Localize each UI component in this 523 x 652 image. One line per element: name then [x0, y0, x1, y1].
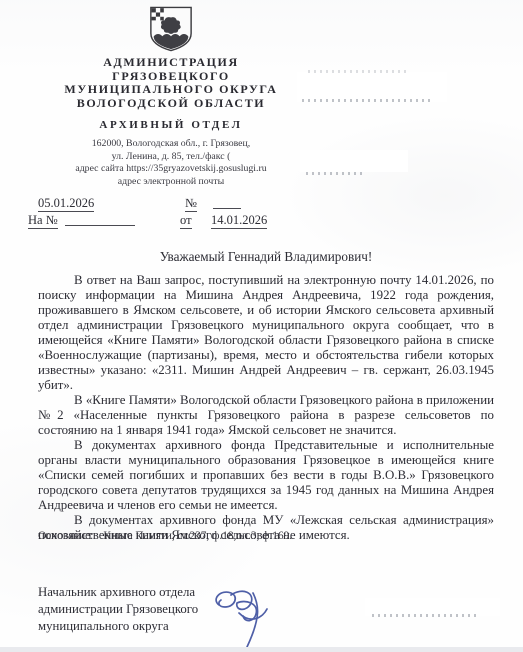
- signer-title-line: Начальник архивного отдела: [38, 584, 228, 601]
- coat-of-arms-icon: [149, 6, 193, 52]
- street-phone-line: ул. Ленина, д. 85, тел./факс (: [28, 151, 314, 164]
- basis-label: Основание:: [38, 530, 93, 542]
- brushwood-base: [154, 34, 189, 49]
- salutation: Уважаемый Геннадий Владимирович!: [38, 249, 494, 265]
- org-name-line: ГРЯЗОВЕЦКОГО: [28, 70, 314, 84]
- from-label: от: [180, 213, 192, 229]
- number-blank: [213, 196, 241, 209]
- checkered-canton: [152, 8, 164, 20]
- email-line: адрес электронной почты: [28, 176, 314, 189]
- org-name-line: МУНИЦИПАЛЬНОГО ОКРУГА: [28, 83, 314, 97]
- website-line: адрес сайта https://35gryazovetskij.gosu…: [28, 163, 314, 176]
- redacted-addressee-2: [300, 150, 408, 172]
- org-name-line: ВОЛОГОДСКОЙ ОБЛАСТИ: [28, 97, 314, 111]
- scanned-letter-page: АДМИНИСТРАЦИЯ ГРЯЗОВЕЦКОГО МУНИЦИПАЛЬНОГ…: [0, 0, 523, 652]
- handwritten-signature: [205, 583, 289, 651]
- signer-title: Начальник архивного отдела администрации…: [38, 584, 228, 634]
- reference-row-2: На № от 14.01.2026: [28, 213, 308, 230]
- basis-line: Основание:Книга Памяти, ст.237, ф.18,оп.…: [38, 530, 292, 542]
- signer-title-line: администрации Грязовецкого: [38, 601, 228, 618]
- redaction-remnant: [372, 614, 478, 617]
- contact-block: 162000, Вологодская обл., г. Грязовец, у…: [28, 138, 314, 188]
- letterhead: АДМИНИСТРАЦИЯ ГРЯЗОВЕЦКОГО МУНИЦИПАЛЬНОГ…: [28, 6, 314, 188]
- in-reply-to-blank: [65, 213, 135, 226]
- paragraph: В «Книге Памяти» Вологодской области Гря…: [38, 393, 494, 438]
- signer-title-line: муниципального округа: [38, 618, 228, 635]
- number-label: №: [185, 196, 197, 212]
- paragraph: В документах архивного фонда Представите…: [38, 438, 494, 513]
- reference-row-1: 05.01.2026 №: [28, 196, 308, 213]
- postal-address: 162000, Вологодская обл., г. Грязовец,: [28, 138, 314, 151]
- letter-body: В ответ на Ваш запрос, поступивший на эл…: [38, 273, 494, 543]
- scan-edge: [0, 647, 523, 652]
- redaction-remnant: [306, 172, 364, 175]
- redaction-remnant: [308, 70, 408, 73]
- basis-citation: Книга Памяти, ст.237, ф.18,оп.3, ф.169.: [103, 530, 292, 542]
- org-name-line: АДМИНИСТРАЦИЯ: [28, 56, 314, 70]
- reference-block: 05.01.2026 № На № от 14.01.2026: [28, 196, 308, 230]
- paragraph: В ответ на Ваш запрос, поступивший на эл…: [38, 273, 494, 393]
- department-name: АРХИВНЫЙ ОТДЕЛ: [28, 119, 314, 131]
- redacted-addressee: [297, 72, 447, 102]
- incoming-date: 14.01.2026: [211, 213, 267, 229]
- redaction-remnant: [302, 99, 432, 102]
- outgoing-date: 05.01.2026: [38, 196, 94, 212]
- in-reply-to-label: На №: [28, 213, 58, 229]
